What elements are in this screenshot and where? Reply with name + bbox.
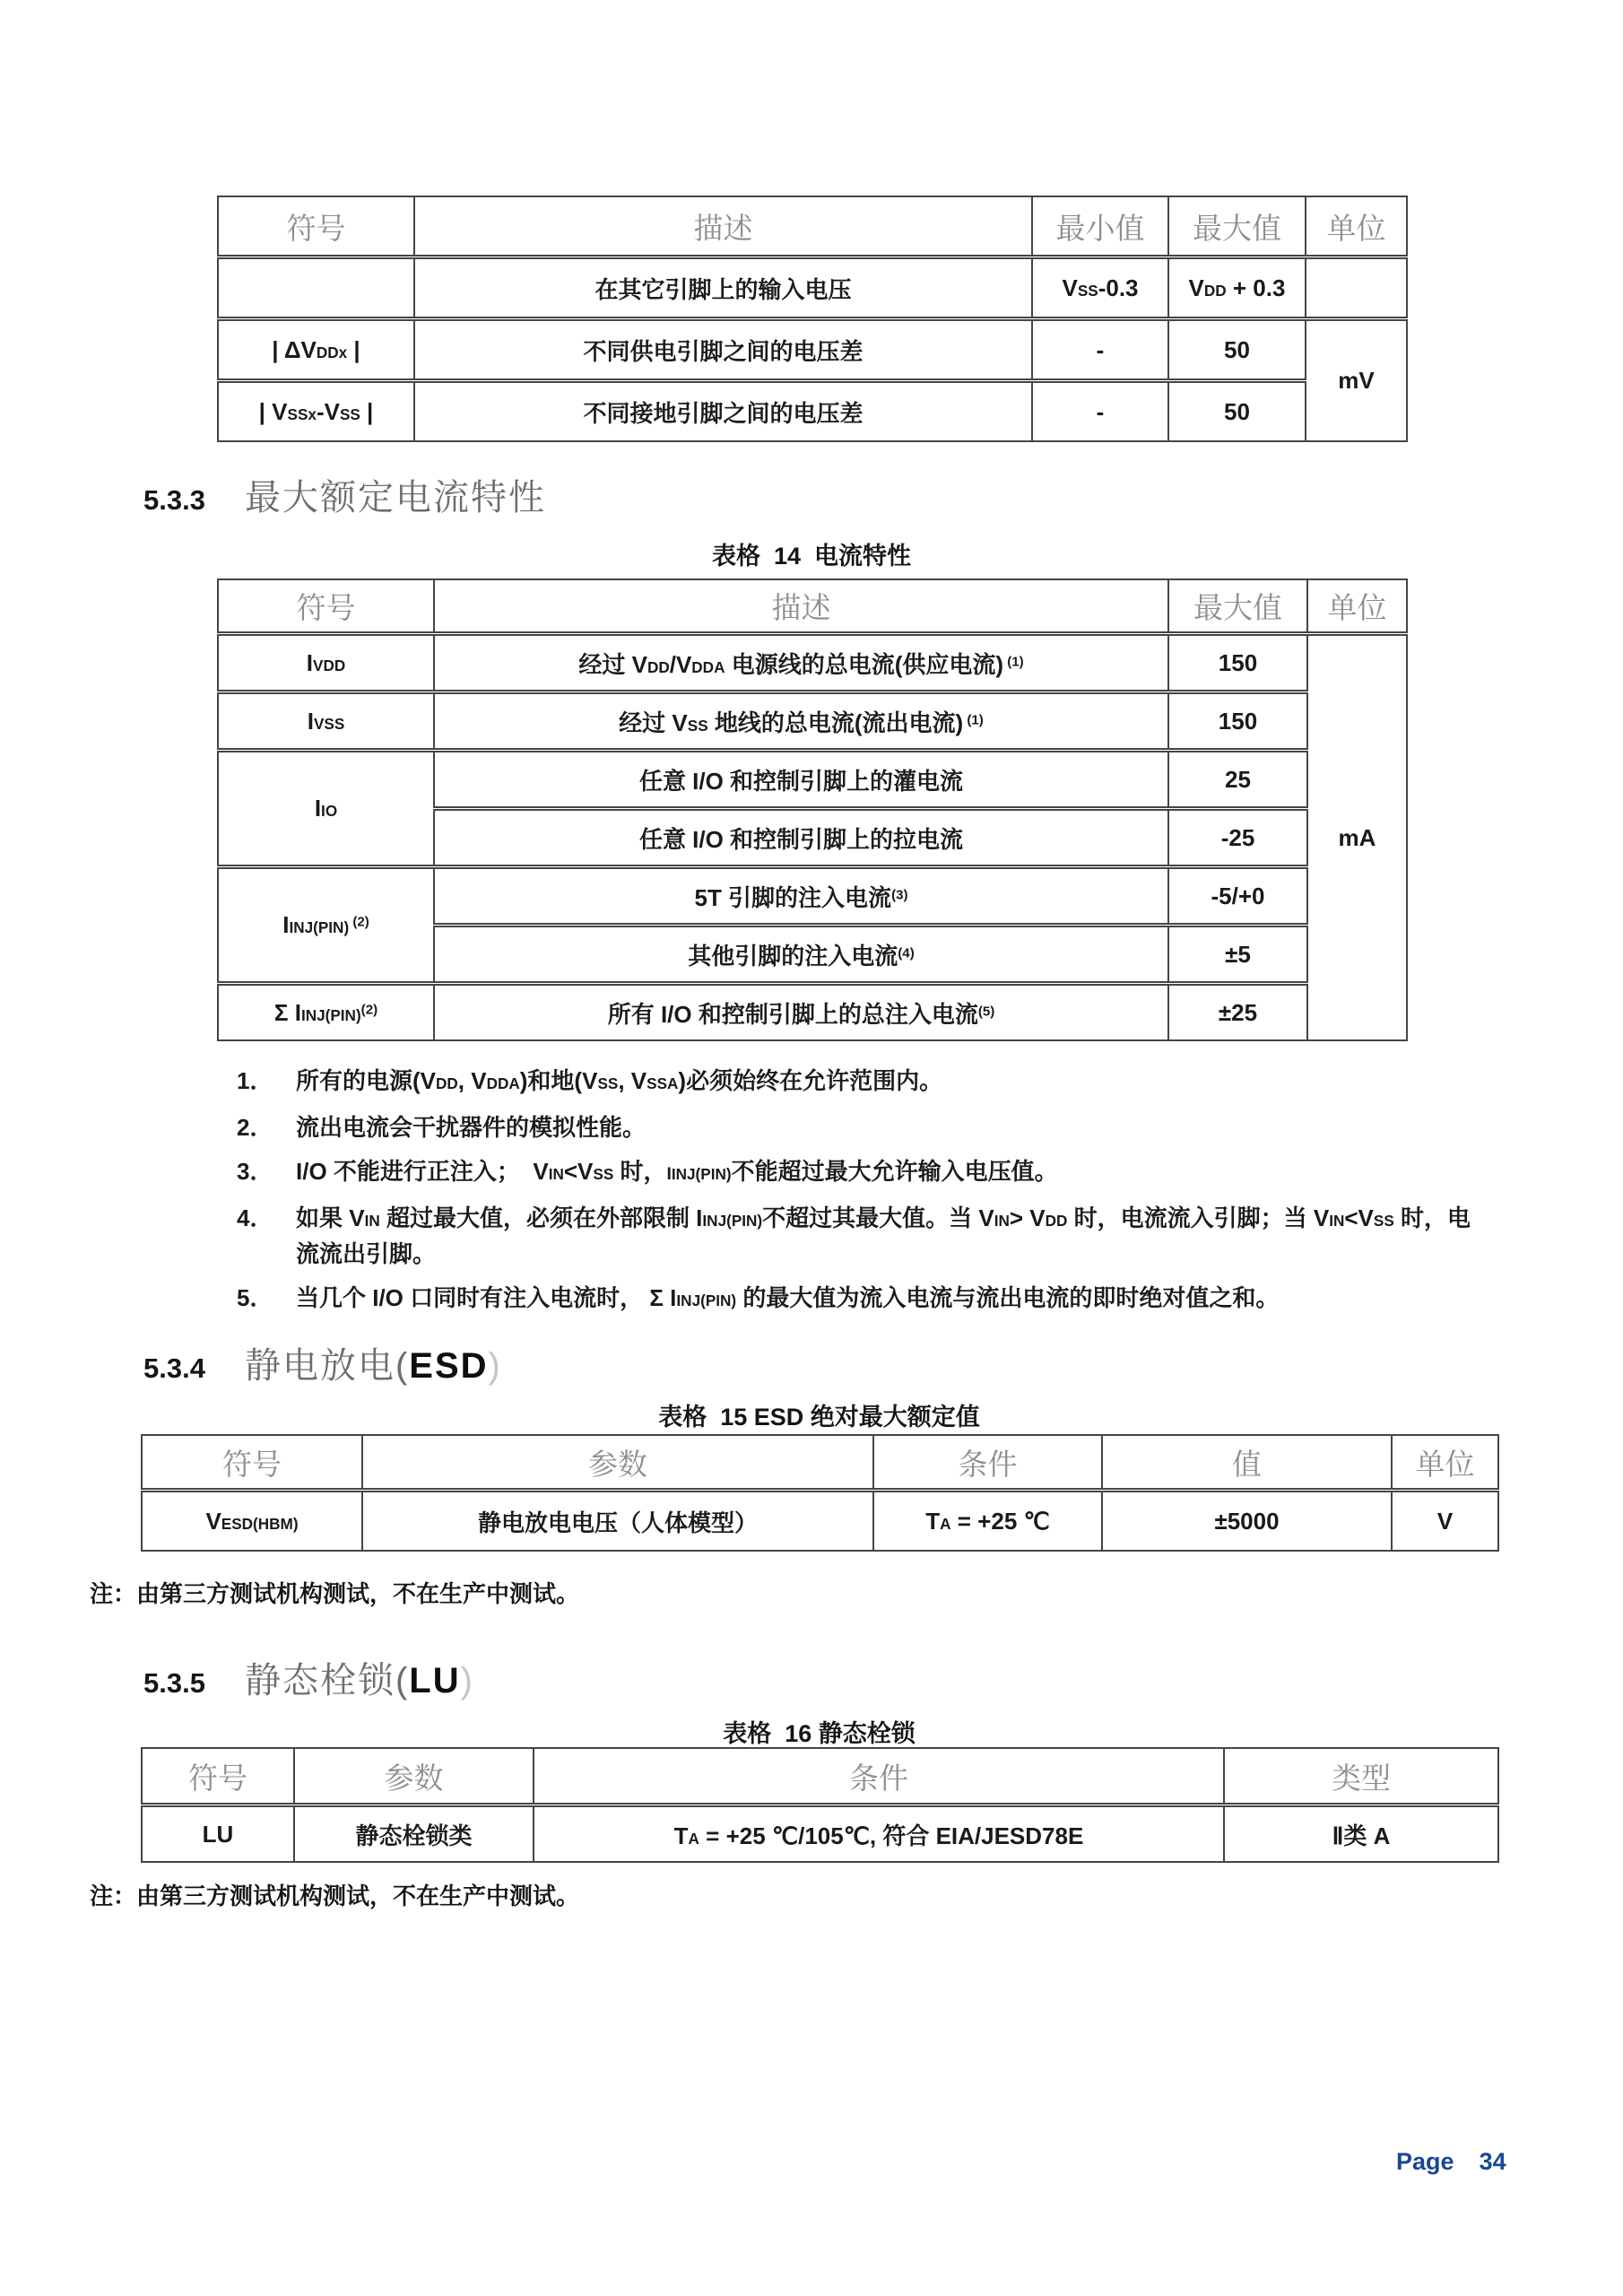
section-heading-5-3-4: 5.3.4 静电放电(ESD) (143, 1341, 1623, 1391)
unit-cell (1306, 257, 1407, 319)
symbol-cell: IVSS (218, 692, 434, 751)
table-row: VESD(HBM) 静电放电电压（人体模型） TA = +25 ℃ ±5000 … (142, 1491, 1498, 1552)
max-cell: ±25 (1168, 984, 1307, 1041)
table-row: 在其它引脚上的输入电压 VSS-0.3 VDD + 0.3 (218, 257, 1407, 319)
note-text: 流出电流会干扰器件的模拟性能。 (296, 1111, 1476, 1144)
col-header-condition: 条件 (873, 1435, 1102, 1491)
col-header-parameter: 参数 (362, 1435, 873, 1491)
col-header-symbol: 符号 (142, 1748, 294, 1805)
col-header-unit: 单位 (1306, 196, 1407, 257)
description-cell: 5T 引脚的注入电流(3) (434, 867, 1168, 926)
max-cell: 150 (1168, 634, 1307, 692)
description-cell: 任意 I/O 和控制引脚上的拉电流 (434, 809, 1168, 867)
section-number: 5.3.4 (143, 1344, 205, 1394)
description-cell: 经过 VSS 地线的总电流(流出电流) (1) (434, 692, 1168, 751)
col-header-symbol: 符号 (218, 579, 434, 634)
col-header-parameter: 参数 (294, 1748, 534, 1805)
symbol-cell: Σ IINJ(PIN)(2) (218, 984, 434, 1041)
latchup-table: 符号 参数 条件 类型 LU 静态栓锁类 TA = +25 ℃/105℃, 符合… (141, 1747, 1499, 1863)
section-heading-5-3-3: 5.3.3 最大额定电流特性 (143, 473, 1623, 523)
col-header-value: 值 (1102, 1435, 1392, 1491)
col-header-description: 描述 (434, 579, 1168, 634)
table-row: | ΔVDDx | 不同供电引脚之间的电压差 - 50 mV (218, 319, 1407, 381)
unit-cell-merged: mV (1306, 319, 1407, 442)
table-row: IIO 任意 I/O 和控制引脚上的灌电流 25 (218, 751, 1407, 809)
table-14-notes: 1． 所有的电源(VDD, VDDA)和地(VSS, VSSA)必须始终在允许范… (237, 1065, 1623, 1318)
note-item-2: 2． 流出电流会干扰器件的模拟性能。 (237, 1111, 1623, 1144)
table-row: Σ IINJ(PIN)(2) 所有 I/O 和控制引脚上的总注入电流(5) ±2… (218, 984, 1407, 1041)
col-header-type: 类型 (1224, 1748, 1498, 1805)
symbol-cell: LU (142, 1805, 294, 1863)
table-header-row: 符号 描述 最小值 最大值 单位 (218, 196, 1407, 257)
col-header-unit: 单位 (1392, 1435, 1498, 1491)
symbol-cell: | ΔVDDx | (218, 319, 414, 381)
table-header-row: 符号 参数 条件 值 单位 (142, 1435, 1498, 1491)
max-cell: ±5 (1168, 926, 1307, 984)
table-header-row: 符号 描述 最大值 单位 (218, 579, 1407, 634)
table-caption-15: 表格 15 ESD 绝对最大额定值 (141, 1404, 1497, 1431)
max-cell: 50 (1168, 319, 1306, 381)
section-number: 5.3.5 (143, 1658, 205, 1709)
col-header-condition: 条件 (534, 1748, 1224, 1805)
max-cell: 50 (1168, 381, 1306, 442)
note-item-3: 3． I/O 不能进行正注入； VIN<VSS 时，IINJ(PIN)不能超过最… (237, 1155, 1623, 1191)
page-number-value: 34 (1480, 2148, 1506, 2175)
description-cell: 在其它引脚上的输入电压 (414, 257, 1032, 319)
note-number: 2． (237, 1111, 296, 1144)
note-text: 当几个 I/O 口同时有注入电流时， Σ IINJ(PIN) 的最大值为流入电流… (296, 1282, 1476, 1318)
note-number: 4． (237, 1202, 296, 1271)
description-cell: 其他引脚的注入电流(4) (434, 926, 1168, 984)
unit-cell: V (1392, 1491, 1498, 1552)
section-title: 最大额定电流特性 (245, 473, 546, 523)
table-caption-16: 表格 16 静态栓锁 (141, 1720, 1497, 1747)
section-title: 静态栓锁(LU) (245, 1656, 474, 1706)
col-header-symbol: 符号 (218, 196, 414, 257)
col-header-max: 最大值 (1168, 196, 1306, 257)
col-header-unit: 单位 (1307, 579, 1407, 634)
symbol-cell: | VSSx-VSS | (218, 381, 414, 442)
esd-table-note: 注：由第三方测试机构测试，不在生产中测试。 (90, 1580, 1623, 1607)
parameter-cell: 静态栓锁类 (294, 1805, 534, 1863)
note-item-5: 5． 当几个 I/O 口同时有注入电流时， Σ IINJ(PIN) 的最大值为流… (237, 1282, 1623, 1318)
table-row: LU 静态栓锁类 TA = +25 ℃/105℃, 符合 EIA/JESD78E… (142, 1805, 1498, 1863)
col-header-symbol: 符号 (142, 1435, 362, 1491)
description-cell: 所有 I/O 和控制引脚上的总注入电流(5) (434, 984, 1168, 1041)
max-cell: -5/+0 (1168, 867, 1307, 926)
value-cell: ±5000 (1102, 1491, 1392, 1552)
page-number: Page34 (1369, 2120, 1506, 2204)
max-cell: -25 (1168, 809, 1307, 867)
table-header-row: 符号 参数 条件 类型 (142, 1748, 1498, 1805)
section-title: 静电放电(ESD) (245, 1341, 502, 1391)
description-cell: 不同供电引脚之间的电压差 (414, 319, 1032, 381)
col-header-min: 最小值 (1032, 196, 1168, 257)
section-number: 5.3.3 (143, 475, 205, 526)
section-heading-5-3-5: 5.3.5 静态栓锁(LU) (143, 1656, 1623, 1706)
description-cell: 不同接地引脚之间的电压差 (414, 381, 1032, 442)
max-cell: 25 (1168, 751, 1307, 809)
table-row: | VSSx-VSS | 不同接地引脚之间的电压差 - 50 (218, 381, 1407, 442)
symbol-cell: IVDD (218, 634, 434, 692)
current-characteristics-table: 符号 描述 最大值 单位 IVDD 经过 VDD/VDDA 电源线的总电流(供应… (217, 578, 1408, 1041)
table-row: IVDD 经过 VDD/VDDA 电源线的总电流(供应电流) (1) 150 m… (218, 634, 1407, 692)
page-label: Page (1396, 2148, 1454, 2175)
min-cell: - (1032, 319, 1168, 381)
abs-max-voltage-table: 符号 描述 最小值 最大值 单位 在其它引脚上的输入电压 VSS-0.3 VDD… (217, 196, 1408, 442)
min-cell: - (1032, 381, 1168, 442)
note-number: 5． (237, 1282, 296, 1318)
note-text: I/O 不能进行正注入； VIN<VSS 时，IINJ(PIN)不能超过最大允许… (296, 1155, 1476, 1191)
note-number: 3． (237, 1155, 296, 1191)
symbol-cell (218, 257, 414, 319)
type-cell: Ⅱ类 A (1224, 1805, 1498, 1863)
esd-table: 符号 参数 条件 值 单位 VESD(HBM) 静电放电电压（人体模型） TA … (141, 1434, 1499, 1552)
latchup-table-note: 注：由第三方测试机构测试，不在生产中测试。 (90, 1883, 1623, 1909)
condition-cell: TA = +25 ℃/105℃, 符合 EIA/JESD78E (534, 1805, 1224, 1863)
table-row: IVSS 经过 VSS 地线的总电流(流出电流) (1) 150 (218, 692, 1407, 751)
note-text: 所有的电源(VDD, VDDA)和地(VSS, VSSA)必须始终在允许范围内。 (296, 1065, 1476, 1100)
description-cell: 任意 I/O 和控制引脚上的灌电流 (434, 751, 1168, 809)
table-caption-14: 表格 14 电流特性 (217, 543, 1406, 570)
col-header-max: 最大值 (1168, 579, 1307, 634)
note-item-1: 1． 所有的电源(VDD, VDDA)和地(VSS, VSSA)必须始终在允许范… (237, 1065, 1623, 1100)
table-row: IINJ(PIN) (2) 5T 引脚的注入电流(3) -5/+0 (218, 867, 1407, 926)
max-cell: VDD + 0.3 (1168, 257, 1306, 319)
note-number: 1． (237, 1065, 296, 1100)
symbol-cell-merged: IINJ(PIN) (2) (218, 867, 434, 984)
col-header-description: 描述 (414, 196, 1032, 257)
note-item-4: 4． 如果 VIN 超过最大值，必须在外部限制 IINJ(PIN)不超过其最大值… (237, 1202, 1623, 1271)
symbol-cell: VESD(HBM) (142, 1491, 362, 1552)
parameter-cell: 静电放电电压（人体模型） (362, 1491, 873, 1552)
min-cell: VSS-0.3 (1032, 257, 1168, 319)
unit-cell-merged: mA (1307, 634, 1407, 1041)
note-text: 如果 VIN 超过最大值，必须在外部限制 IINJ(PIN)不超过其最大值。当 … (296, 1202, 1476, 1271)
condition-cell: TA = +25 ℃ (873, 1491, 1102, 1552)
description-cell: 经过 VDD/VDDA 电源线的总电流(供应电流) (1) (434, 634, 1168, 692)
max-cell: 150 (1168, 692, 1307, 751)
symbol-cell-merged: IIO (218, 751, 434, 867)
datasheet-page: 符号 描述 最小值 最大值 单位 在其它引脚上的输入电压 VSS-0.3 VDD… (0, 0, 1623, 2296)
